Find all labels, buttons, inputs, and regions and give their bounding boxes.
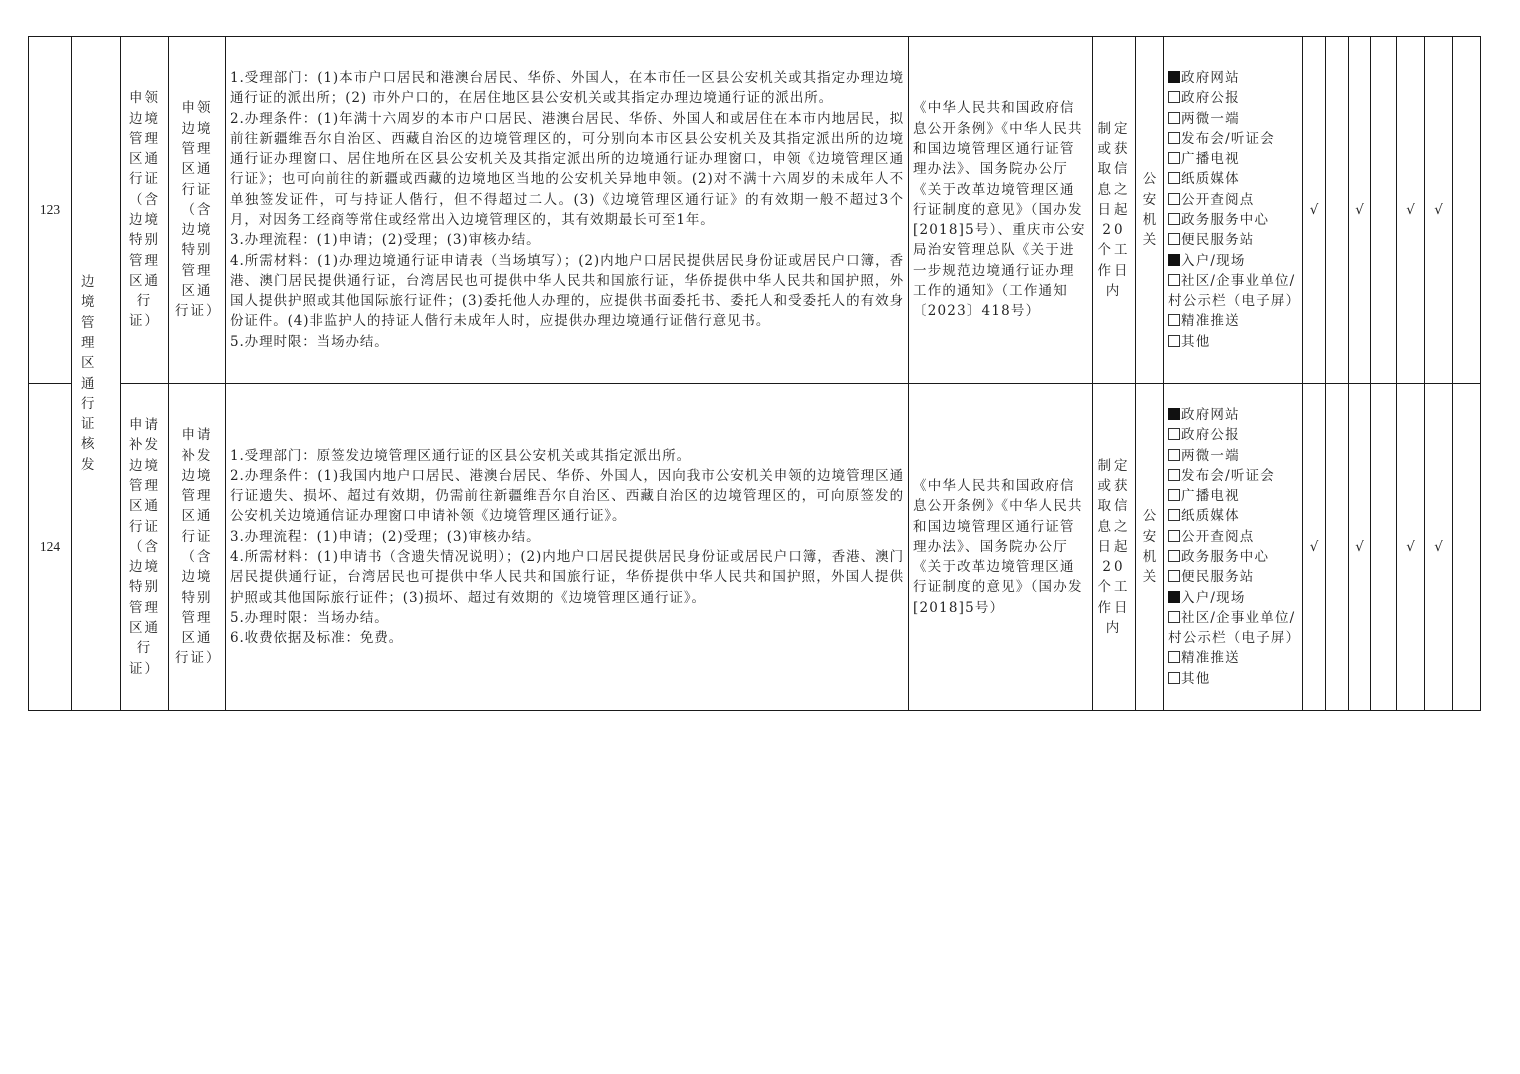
responsible-subject: 公安机关 xyxy=(1136,37,1164,384)
checkmark-icon: √ xyxy=(1425,37,1453,384)
checkbox-empty-icon xyxy=(1168,611,1180,623)
channel-item: 两微一端 xyxy=(1168,446,1298,466)
checkbox-empty-icon xyxy=(1168,112,1180,124)
channel-item: 精准推送 xyxy=(1168,311,1298,331)
legal-basis: 《中华人民共和国政府信息公开条例》《中华人民共和国边境管理区通行证管理办法》、国… xyxy=(909,384,1093,711)
content-line: 5.办理时限：当场办结。 xyxy=(230,332,904,352)
checkbox-checked-icon xyxy=(1168,71,1180,83)
content-line: 2.办理条件：(1)年满十六周岁的本市户口居民、港澳台居民、华侨、外国人和或居住… xyxy=(230,109,904,231)
checkbox-empty-icon xyxy=(1168,172,1180,184)
channel-item: 精准推送 xyxy=(1168,648,1298,668)
checkbox-empty-icon xyxy=(1168,672,1180,684)
content-line: 1.受理部门：(1)本市户口居民和港澳台居民、华侨、外国人，在本市任一区县公安机… xyxy=(230,68,904,109)
checkbox-empty-icon xyxy=(1168,469,1180,481)
channel-item: 纸质媒体 xyxy=(1168,169,1298,189)
checkmark-icon: √ xyxy=(1425,384,1453,711)
checkbox-checked-icon xyxy=(1168,591,1180,603)
channel-item: 便民服务站 xyxy=(1168,567,1298,587)
checkbox-empty-icon xyxy=(1168,132,1180,144)
content-line: 2.办理条件：(1)我国内地户口居民、港澳台居民、华侨、外国人，因向我市公安机关… xyxy=(230,466,904,527)
channel-item: 入户/现场 xyxy=(1168,588,1298,608)
channel-item: 其他 xyxy=(1168,332,1298,352)
channel-item: 纸质媒体 xyxy=(1168,506,1298,526)
checkbox-empty-icon xyxy=(1168,213,1180,225)
channel-item: 社区/企事业单位/村公示栏（电子屏） xyxy=(1168,271,1298,312)
sub-item-name: 申请补发边境管理区通行证（含边境特别管理区通行证） xyxy=(169,384,226,711)
mark-cell xyxy=(1453,384,1481,711)
channel-item: 政府网站 xyxy=(1168,68,1298,88)
disclosure-channels: 政府网站 政府公报 两微一端 发布会/听证会 广播电视 纸质媒体 公开查阅点 政… xyxy=(1164,37,1303,384)
checkmark-icon: √ xyxy=(1303,37,1326,384)
category-cell: 边境管理区通行证核发 xyxy=(72,37,121,711)
checkbox-empty-icon xyxy=(1168,530,1180,542)
checkmark-icon: √ xyxy=(1349,384,1371,711)
channel-item: 公开查阅点 xyxy=(1168,527,1298,547)
checkmark-icon: √ xyxy=(1397,384,1425,711)
content-line: 5.办理时限：当场办结。 xyxy=(230,608,904,628)
mark-cell xyxy=(1453,37,1481,384)
channel-item: 两微一端 xyxy=(1168,109,1298,129)
content-line: 4.所需材料：(1)办理边境通行证申请表（当场填写）；(2)内地户口居民提供居民… xyxy=(230,251,904,332)
time-limit: 制定或获取信息之日起20个工作日内 xyxy=(1093,37,1136,384)
channel-item: 其他 xyxy=(1168,669,1298,689)
checkbox-empty-icon xyxy=(1168,449,1180,461)
table-row: 123 边境管理区通行证核发 申领边境管理区通行证（含边境特别管理区通行证） 申… xyxy=(29,37,1481,384)
checkmark-icon: √ xyxy=(1397,37,1425,384)
channel-item: 入户/现场 xyxy=(1168,251,1298,271)
content-cell: 1.受理部门：原签发边境管理区通行证的区县公安机关或其指定派出所。 2.办理条件… xyxy=(226,384,909,711)
item-name: 申请补发边境管理区通行证（含边境特别管理区通行证） xyxy=(121,384,169,711)
responsible-subject: 公安机关 xyxy=(1136,384,1164,711)
checkbox-empty-icon xyxy=(1168,193,1180,205)
disclosure-table: 123 边境管理区通行证核发 申领边境管理区通行证（含边境特别管理区通行证） 申… xyxy=(28,36,1481,711)
mark-cell xyxy=(1326,384,1349,711)
checkbox-empty-icon xyxy=(1168,550,1180,562)
time-limit: 制定或获取信息之日起20个工作日内 xyxy=(1093,384,1136,711)
checkbox-empty-icon xyxy=(1168,489,1180,501)
table-row: 124 申请补发边境管理区通行证（含边境特别管理区通行证） 申请补发边境管理区通… xyxy=(29,384,1481,711)
mark-cell xyxy=(1371,384,1397,711)
checkbox-empty-icon xyxy=(1168,233,1180,245)
checkbox-empty-icon xyxy=(1168,91,1180,103)
disclosure-channels: 政府网站 政府公报 两微一端 发布会/听证会 广播电视 纸质媒体 公开查阅点 政… xyxy=(1164,384,1303,711)
content-cell: 1.受理部门：(1)本市户口居民和港澳台居民、华侨、外国人，在本市任一区县公安机… xyxy=(226,37,909,384)
channel-item: 广播电视 xyxy=(1168,486,1298,506)
channel-item: 政府公报 xyxy=(1168,88,1298,108)
channel-item: 公开查阅点 xyxy=(1168,190,1298,210)
content-line: 6.收费依据及标准：免费。 xyxy=(230,628,904,648)
channel-item: 发布会/听证会 xyxy=(1168,466,1298,486)
content-line: 3.办理流程：(1)申请；(2)受理；(3)审核办结。 xyxy=(230,230,904,250)
row-number: 123 xyxy=(29,37,72,384)
content-line: 1.受理部门：原签发边境管理区通行证的区县公安机关或其指定派出所。 xyxy=(230,446,904,466)
checkbox-empty-icon xyxy=(1168,335,1180,347)
checkbox-empty-icon xyxy=(1168,274,1180,286)
channel-item: 政府公报 xyxy=(1168,425,1298,445)
mark-cell xyxy=(1326,37,1349,384)
checkbox-empty-icon xyxy=(1168,152,1180,164)
checkmark-icon: √ xyxy=(1349,37,1371,384)
channel-item: 便民服务站 xyxy=(1168,230,1298,250)
content-line: 3.办理流程：(1)申请；(2)受理；(3)审核办结。 xyxy=(230,527,904,547)
checkbox-empty-icon xyxy=(1168,428,1180,440)
checkbox-empty-icon xyxy=(1168,651,1180,663)
checkbox-empty-icon xyxy=(1168,509,1180,521)
legal-basis: 《中华人民共和国政府信息公开条例》《中华人民共和国边境管理区通行证管理办法》、国… xyxy=(909,37,1093,384)
mark-cell xyxy=(1371,37,1397,384)
checkbox-empty-icon xyxy=(1168,570,1180,582)
checkbox-checked-icon xyxy=(1168,408,1180,420)
channel-item: 政府网站 xyxy=(1168,405,1298,425)
channel-item: 政务服务中心 xyxy=(1168,547,1298,567)
category-label: 边境管理区通行证核发 xyxy=(81,272,111,475)
channel-item: 广播电视 xyxy=(1168,149,1298,169)
checkmark-icon: √ xyxy=(1303,384,1326,711)
checkbox-empty-icon xyxy=(1168,314,1180,326)
content-line: 4.所需材料：(1)申请书（含遗失情况说明）；(2)内地户口居民提供居民身份证或… xyxy=(230,547,904,608)
row-number: 124 xyxy=(29,384,72,711)
sub-item-name: 申领边境管理区通行证（含边境特别管理区通行证） xyxy=(169,37,226,384)
channel-item: 发布会/听证会 xyxy=(1168,129,1298,149)
item-name: 申领边境管理区通行证（含边境特别管理区通行证） xyxy=(121,37,169,384)
channel-item: 社区/企事业单位/村公示栏（电子屏） xyxy=(1168,608,1298,649)
checkbox-checked-icon xyxy=(1168,254,1180,266)
channel-item: 政务服务中心 xyxy=(1168,210,1298,230)
